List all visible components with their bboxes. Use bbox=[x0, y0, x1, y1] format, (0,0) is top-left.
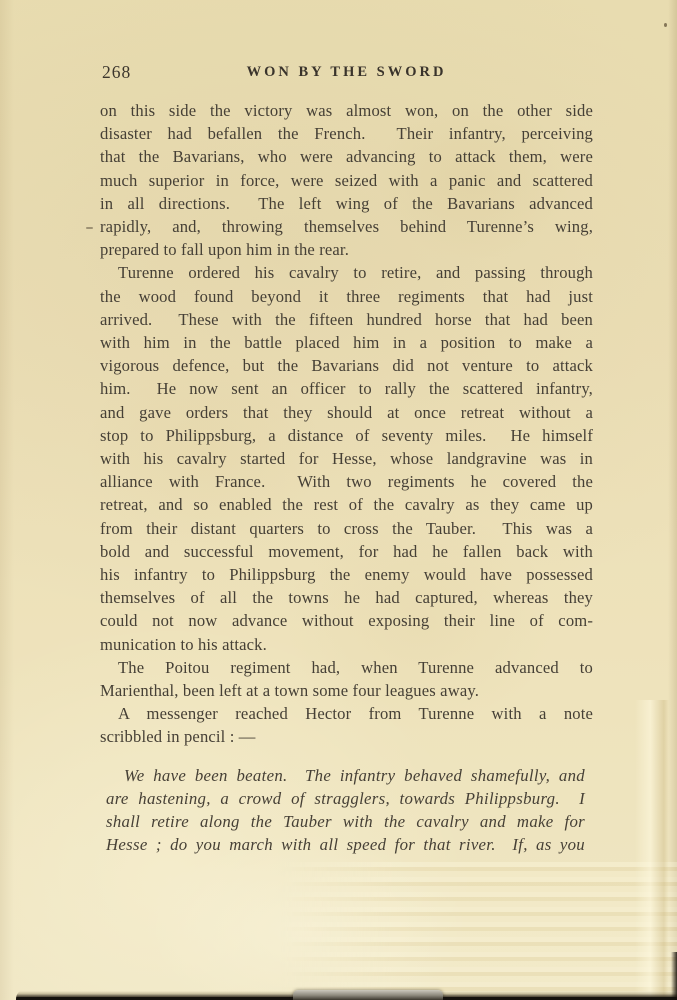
text-line: the wood found beyond it three regiments… bbox=[100, 285, 593, 308]
text-line: Marienthal, been left at a town some fou… bbox=[100, 679, 593, 702]
text-line: his infantry to Philippsburg the enemy w… bbox=[100, 563, 593, 586]
text-line: bold and successful movement, for had he… bbox=[100, 540, 593, 563]
text-line: are hastening, a crowd of stragglers, to… bbox=[106, 787, 585, 810]
text-line: much superior in force, were seized with… bbox=[100, 169, 593, 192]
margin-pencil-mark bbox=[86, 227, 93, 229]
book-page: 268 WON BY THE SWORD on this side the vi… bbox=[0, 0, 677, 1000]
paragraph: Turenne ordered his cavalry to retire, a… bbox=[100, 261, 593, 655]
text-line: Turenne ordered his cavalry to retire, a… bbox=[100, 261, 593, 284]
text-line: arrived. These with the fifteen hundred … bbox=[100, 308, 593, 331]
text-line: scribbled in pencil : — bbox=[100, 725, 593, 748]
text-block: on this side the victory was almost won,… bbox=[100, 99, 593, 857]
running-title: WON BY THE SWORD bbox=[100, 62, 593, 81]
text-line: and gave orders that they should at once… bbox=[100, 401, 593, 424]
text-line: A messenger reached Hector from Turenne … bbox=[100, 702, 593, 725]
text-line: disaster had befallen the French. Their … bbox=[100, 122, 593, 145]
paper-speck bbox=[664, 23, 667, 27]
page-number: 268 bbox=[102, 62, 131, 83]
quote-paragraph: We have been beaten. The infantry behave… bbox=[100, 764, 593, 857]
text-line: with him in the battle placed him in a p… bbox=[100, 331, 593, 354]
text-line: Hesse ; do you march with all speed for … bbox=[106, 833, 585, 856]
paragraph: The Poitou regiment had, when Turenne ad… bbox=[100, 656, 593, 702]
text-line: rapidly, and, throwing themselves behind… bbox=[100, 215, 593, 238]
text-line: alliance with France. With two regiments… bbox=[100, 470, 593, 493]
corner-shadow bbox=[671, 952, 677, 1000]
text-line: vigorous defence, but the Bavarians did … bbox=[100, 354, 593, 377]
text-line: The Poitou regiment had, when Turenne ad… bbox=[100, 656, 593, 679]
text-line: stop to Philippsburg, a distance of seve… bbox=[100, 424, 593, 447]
text-line: on this side the victory was almost won,… bbox=[100, 99, 593, 122]
text-line: him. He now sent an officer to rally the… bbox=[100, 377, 593, 400]
paragraph: on this side the victory was almost won,… bbox=[100, 99, 593, 261]
paragraph: A messenger reached Hector from Turenne … bbox=[100, 702, 593, 748]
text-line: shall retire along the Tauber with the c… bbox=[106, 810, 585, 833]
text-line: munication to his attack. bbox=[100, 633, 593, 656]
text-line: themselves of all the towns he had captu… bbox=[100, 586, 593, 609]
text-line: in all directions. The left wing of the … bbox=[100, 192, 593, 215]
text-line: We have been beaten. The infantry behave… bbox=[106, 764, 585, 787]
page-header: 268 WON BY THE SWORD bbox=[100, 62, 593, 84]
text-line: with his cavalry started for Hesse, whos… bbox=[100, 447, 593, 470]
page-edge-streaks bbox=[280, 862, 677, 994]
text-line: could not now advance without exposing t… bbox=[100, 609, 593, 632]
text-line: from their distant quarters to cross the… bbox=[100, 517, 593, 540]
text-line: prepared to fall upon him in the rear. bbox=[100, 238, 593, 261]
page-stack-edge bbox=[293, 990, 443, 1000]
text-line: retreat, and so enabled the rest of the … bbox=[100, 493, 593, 516]
fore-edge-highlight bbox=[635, 700, 669, 1000]
text-line: that the Bavarians, who were advancing t… bbox=[100, 145, 593, 168]
